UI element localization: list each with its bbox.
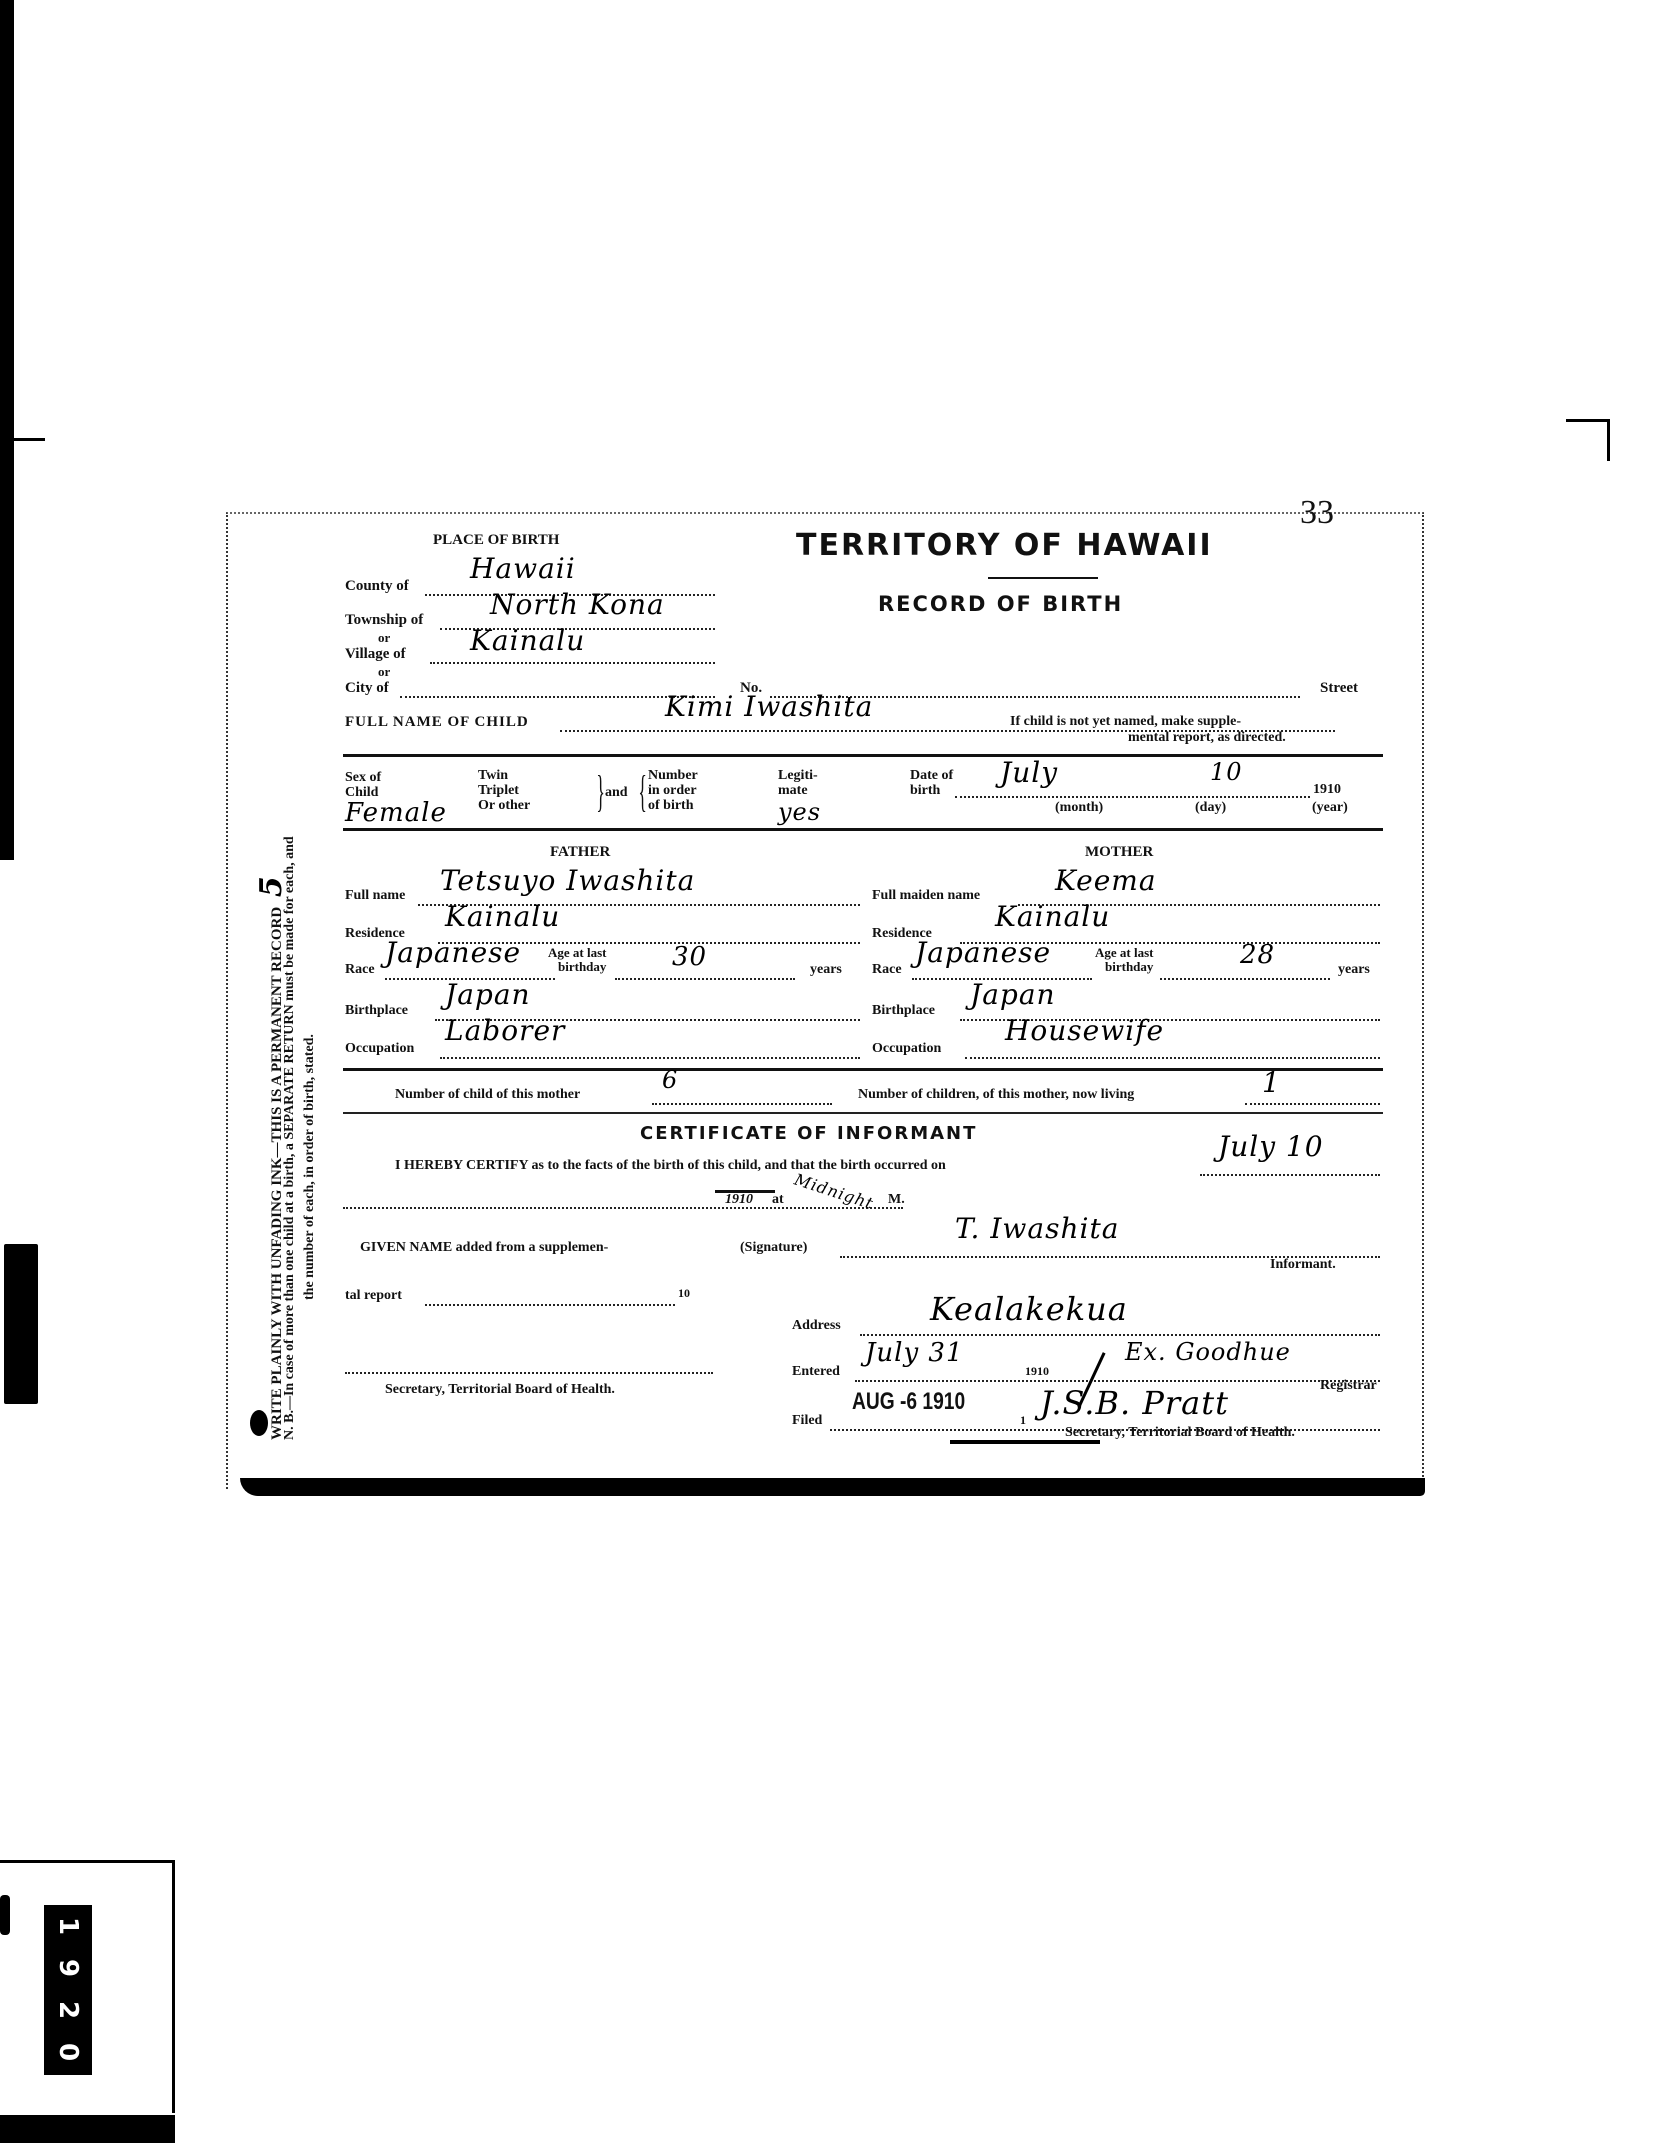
occurred-line-2 [343,1207,903,1209]
father-age-value[interactable]: 30 [672,942,707,972]
card-bottom-edge [240,1478,1425,1496]
place-of-birth-heading: PLACE OF BIRTH [433,532,559,549]
father-name-value[interactable]: Tetsuyo Iwashita [440,864,695,897]
dob-year-value[interactable]: 1910 [1313,782,1341,798]
document-subtitle: RECORD OF BIRTH [878,592,1123,616]
registrar-label: Registrar [1320,1378,1377,1394]
mother-occupation-label: Occupation [872,1041,941,1057]
mother-age-value[interactable]: 28 [1240,940,1275,970]
document-title: TERRITORY OF HAWAII [796,528,1213,563]
given-name-line [425,1304,675,1306]
filed-suffix: 1 [1020,1413,1026,1428]
father-occupation-value[interactable]: Laborer [445,1014,565,1047]
dob-month-value[interactable]: July [1000,756,1058,789]
address-line [860,1334,1380,1336]
film-number-strip: 1 9 2 0 [44,1905,92,2075]
father-residence-value[interactable]: Kainalu [445,900,560,933]
child-name-value[interactable]: Kimi Iwashita [665,690,873,723]
certificate-heading: CERTIFICATE OF INFORMANT [640,1123,977,1144]
mother-age-line [1160,978,1330,980]
secretary-signature-line [345,1372,713,1374]
mother-years-label: years [1338,962,1370,978]
scan-edge-shadow [0,0,14,860]
entered-line [855,1380,1380,1382]
day-caption: (day) [1195,800,1226,816]
registrar-signature[interactable]: Ex. Goodhue [1125,1338,1291,1366]
sex-label: Sex ofChild [345,770,381,800]
father-birthplace-value[interactable]: Japan [445,978,531,1011]
occurred-year-value[interactable]: 1910 [725,1192,753,1208]
brace-left: { [638,770,646,814]
filed-label: Filed [792,1413,822,1429]
mother-heading: MOTHER [1085,844,1153,861]
dob-day-value[interactable]: 10 [1210,758,1243,786]
entered-date-value[interactable]: July 31 [865,1338,964,1368]
legitimate-value[interactable]: yes [778,798,821,826]
number-in-order-label: Numberin orderof birth [648,768,698,813]
side-note-line-3: the number of each, in order of birth, s… [302,1034,318,1300]
film-digit: 9 [49,1944,87,1992]
film-frame-bottom [0,2115,175,2143]
crop-mark-right-vertical [1607,419,1610,461]
film-digit: 1 [49,1902,87,1950]
ink-blot [250,1410,268,1436]
mother-occupation-value[interactable]: Housewife [1005,1014,1164,1047]
township-value[interactable]: North Kona [490,588,665,621]
signature-label: (Signature) [740,1240,807,1256]
mother-name-value[interactable]: Keema [1055,864,1157,897]
mother-birthplace-label: Birthplace [872,1003,935,1019]
m-label: M. [888,1192,905,1208]
certify-statement: I HEREBY CERTIFY as to the facts of the … [395,1158,946,1174]
street-label: Street [1320,680,1358,697]
village-value[interactable]: Kainalu [470,624,585,657]
section-divider [343,1112,1383,1114]
father-name-label: Full name [345,888,405,904]
township-label: Township of [345,612,423,629]
sex-value[interactable]: Female [345,798,447,828]
filed-date-stamp: AUG -6 1910 [852,1388,965,1416]
crop-mark-right-horizontal [1566,419,1610,422]
informant-label: Informant. [1270,1257,1336,1273]
and-label: and [605,785,628,801]
father-heading: FATHER [550,844,610,861]
secretary-label-left: Secretary, Territorial Board of Health. [385,1382,615,1398]
mother-occupation-line [965,1057,1380,1059]
legitimate-label: Legiti-mate [778,768,818,798]
child-number-line [652,1103,832,1105]
month-caption: (month) [1055,800,1103,816]
date-of-birth-label: Date ofbirth [910,768,953,798]
child-number-label: Number of child of this mother [395,1087,580,1103]
side-note-line-2: N. B.—In case of more than one child at … [282,836,298,1440]
film-digit: 2 [49,1986,87,2034]
informant-signature[interactable]: T. Iwashita [955,1212,1119,1245]
supplemental-note-2: mental report, as directed. [1128,730,1286,746]
tal-report-label: tal report [345,1288,402,1304]
mother-birthplace-value[interactable]: Japan [970,978,1056,1011]
mother-residence-value[interactable]: Kainalu [995,900,1110,933]
father-race-label: Race [345,962,375,978]
father-occupation-label: Occupation [345,1041,414,1057]
father-occupation-line [440,1057,860,1059]
mother-race-label: Race [872,962,902,978]
brace-right: } [596,770,604,814]
section-divider [343,1068,1383,1071]
secretary-signature[interactable]: J.S.B. Pratt [1040,1384,1229,1422]
occurred-date-line [1200,1174,1380,1176]
address-label: Address [792,1318,841,1334]
occurred-date-value[interactable]: July 10 [1218,1130,1324,1163]
mother-age-label: Age at lastbirthday [1095,946,1154,974]
given-name-year: 10 [678,1286,690,1301]
section-divider [343,828,1383,831]
city-label: City of [345,680,389,697]
title-divider [988,577,1098,579]
or-label: or [378,630,390,646]
film-edge-mark [0,1895,10,1935]
entered-year: 1910 [1025,1364,1049,1379]
village-label: Village of [345,646,406,663]
year-caption: (year) [1312,800,1348,816]
father-years-label: years [810,962,842,978]
child-number-value[interactable]: 6 [662,1066,678,1094]
twin-label: TwinTripletOr other [478,768,530,813]
secretary-label-right: Secretary, Territorial Board of Health. [1065,1425,1295,1441]
at-label: at [772,1192,784,1208]
living-children-line [1245,1103,1380,1105]
or-label: or [378,664,390,680]
entered-label: Entered [792,1364,840,1380]
scan-tab-marker [4,1244,38,1404]
county-value[interactable]: Hawaii [470,552,576,585]
given-name-label: GIVEN NAME added from a supplemen- [360,1240,608,1256]
living-children-value[interactable]: 1 [1262,1066,1281,1099]
father-age-label: Age at lastbirthday [548,946,607,974]
section-divider [343,754,1383,757]
crop-mark-left [0,438,45,441]
supplemental-note-1: If child is not yet named, make supple- [1010,714,1241,730]
child-name-label: FULL NAME OF CHILD [345,714,529,731]
living-children-label: Number of children, of this mother, now … [858,1087,1134,1103]
county-label: County of [345,578,409,595]
father-birthplace-label: Birthplace [345,1003,408,1019]
village-line [430,662,715,664]
page-number: 33 [1300,494,1334,532]
date-of-birth-line [955,796,1310,798]
mother-name-label: Full maiden name [872,888,980,904]
mother-race-value[interactable]: Japanese [915,936,1051,969]
address-value[interactable]: Kealakekua [930,1290,1128,1328]
father-age-line [615,978,795,980]
film-digit: 0 [49,2028,87,2076]
father-race-value[interactable]: Japanese [385,936,521,969]
